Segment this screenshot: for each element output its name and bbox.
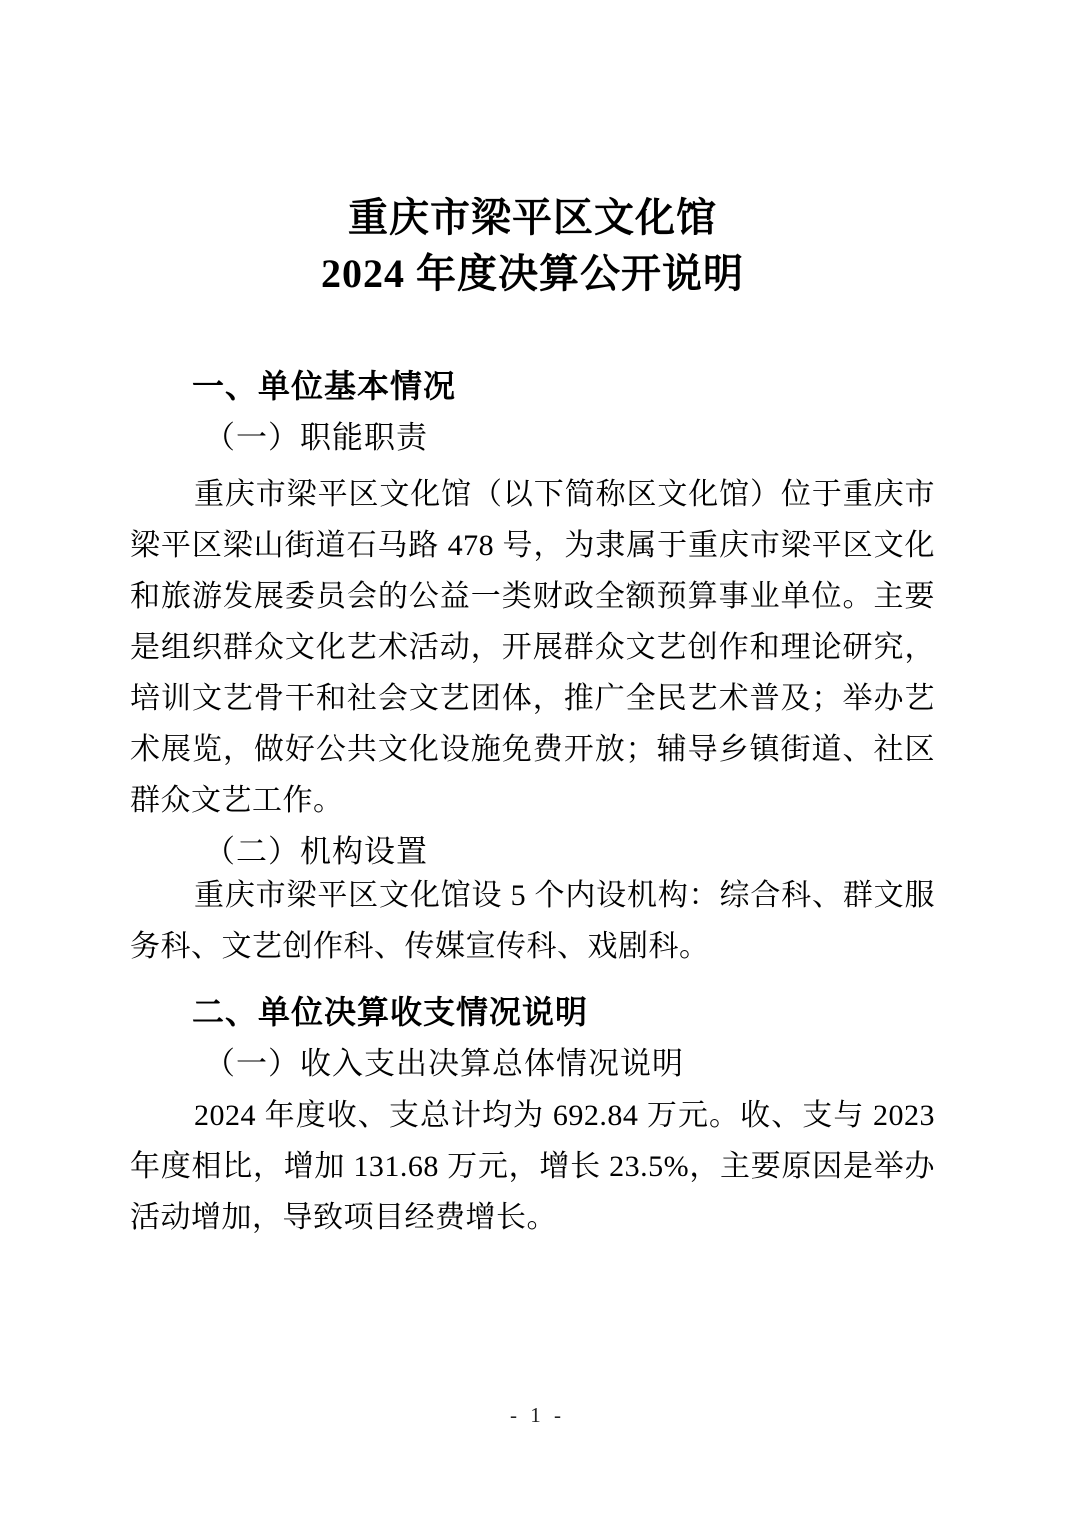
page-number: - 1 -	[0, 1403, 1075, 1428]
document-content: 重庆市梁平区文化馆 2024 年度决算公开说明 一、单位基本情况 （一）职能职责…	[130, 0, 935, 1243]
subsection-heading-2-1: （一）收入支出决算总体情况说明	[130, 1038, 935, 1090]
document-page: 重庆市梁平区文化馆 2024 年度决算公开说明 一、单位基本情况 （一）职能职责…	[0, 0, 1075, 1520]
document-title: 重庆市梁平区文化馆 2024 年度决算公开说明	[130, 190, 935, 302]
paragraph-organization-setup: 重庆市梁平区文化馆设 5 个内设机构：综合科、群文服务科、文艺创作科、传媒宣传科…	[130, 870, 935, 972]
paragraph-budget-overview: 2024 年度收、支总计均为 692.84 万元。收、支与 2023 年度相比，…	[130, 1090, 935, 1243]
section-heading-1: 一、单位基本情况	[130, 360, 935, 412]
subsection-heading-1-1: （一）职能职责	[130, 412, 935, 464]
paragraph-functions-duties: 重庆市梁平区文化馆（以下简称区文化馆）位于重庆市梁平区梁山街道石马路 478 号…	[130, 469, 935, 826]
document-title-line-2: 2024 年度决算公开说明	[130, 246, 935, 302]
section-heading-2: 二、单位决算收支情况说明	[130, 986, 935, 1038]
document-title-line-1: 重庆市梁平区文化馆	[130, 190, 935, 246]
